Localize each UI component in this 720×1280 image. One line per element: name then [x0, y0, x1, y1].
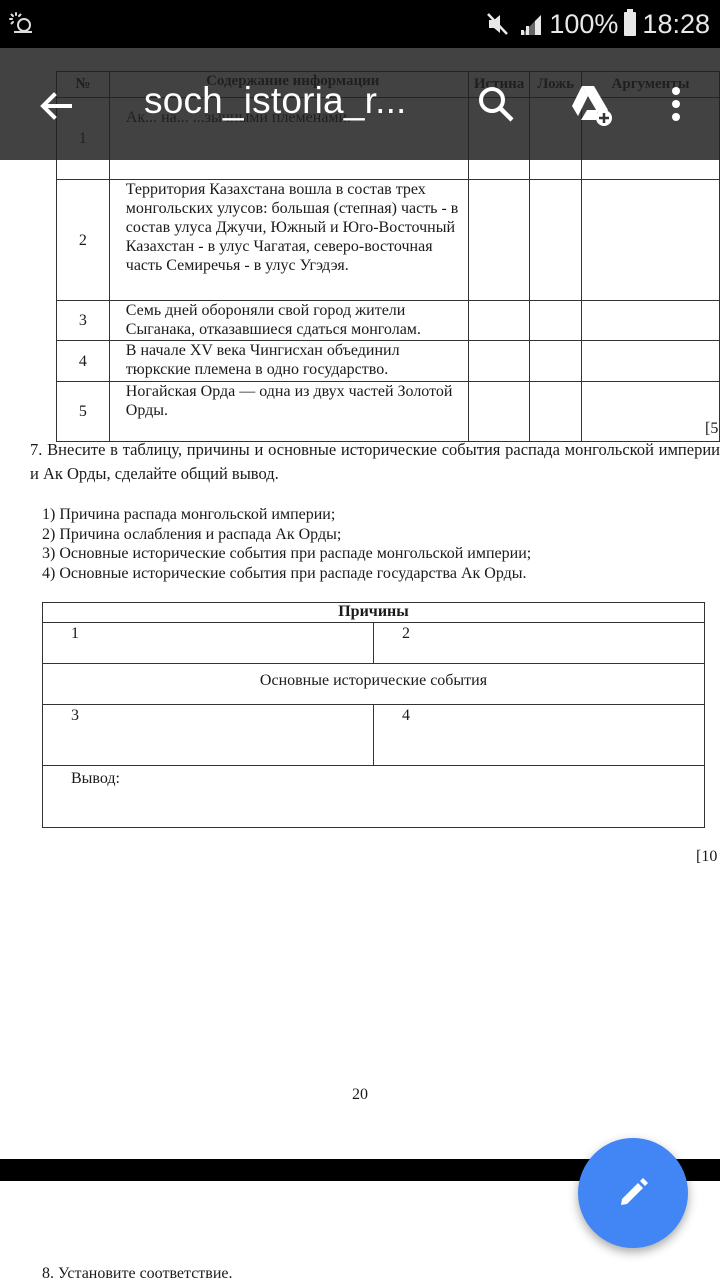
row-statement: Семь дней обороняли свой город жители Сы…	[109, 301, 468, 341]
cell-2: 2	[374, 623, 705, 664]
causes-header: Причины	[43, 603, 705, 623]
score-marker: [10	[696, 848, 717, 866]
arrow-back-icon[interactable]	[36, 86, 76, 126]
list-item: 3) Основные исторические события при рас…	[42, 544, 531, 564]
row-statement: В начале XV века Чингисхан объединил тюр…	[109, 341, 468, 382]
cell-4: 4	[374, 705, 705, 766]
table-row: 5 Ногайская Орда — одна из двух частей З…	[57, 382, 720, 442]
cell-false	[530, 341, 582, 382]
table-row: 4 В начале XV века Чингисхан объединил т…	[57, 341, 720, 382]
row-number: 5	[57, 382, 110, 442]
table-row: 2 Территория Казахстана вошла в состав т…	[57, 180, 720, 301]
score-marker: [5	[705, 420, 718, 438]
clock: 18:28	[642, 9, 710, 40]
cell-1: 1	[43, 623, 374, 664]
table-row: 3 Семь дней обороняли свой город жители …	[57, 301, 720, 341]
list-item: 4) Основные исторические события при рас…	[42, 564, 531, 584]
document-title: soch_istoria_r...	[144, 80, 407, 122]
cell-arguments	[581, 341, 719, 382]
cell-false	[530, 382, 582, 442]
row-statement: Ногайская Орда — одна из двух частей Зол…	[109, 382, 468, 442]
causes-events-table: Причины 1 2 Основные исторические событи…	[42, 602, 705, 828]
drive-add-icon[interactable]	[568, 82, 616, 126]
row-number: 3	[57, 301, 110, 341]
cell-arguments	[581, 382, 719, 442]
cell-false	[530, 180, 582, 301]
more-vert-icon[interactable]	[664, 84, 688, 124]
row-number: 2	[57, 180, 110, 301]
question-8-text: 8. Установите соответствие.	[42, 1265, 233, 1280]
status-bar: 100% 18:28	[0, 0, 720, 48]
cell-arguments	[581, 180, 719, 301]
row-statement: Территория Казахстана вошла в состав тре…	[109, 180, 468, 301]
partly-cloudy-night-icon	[8, 10, 36, 38]
cell-true	[468, 301, 530, 341]
search-icon[interactable]	[476, 84, 516, 124]
cell-true	[468, 180, 530, 301]
events-header: Основные исторические события	[43, 664, 705, 705]
app-bar: soch_istoria_r...	[0, 48, 720, 160]
signal-icon	[517, 11, 543, 37]
question-7-list: 1) Причина распада монгольской империи; …	[42, 505, 531, 583]
cell-true	[468, 382, 530, 442]
edit-fab-button[interactable]	[578, 1138, 688, 1248]
row-number: 4	[57, 341, 110, 382]
document-viewer[interactable]: № Содержание информации Истина Ложь Аргу…	[0, 48, 720, 1280]
battery-full-icon	[624, 12, 636, 36]
cell-true	[468, 341, 530, 382]
cell-3: 3	[43, 705, 374, 766]
battery-percent: 100%	[549, 9, 618, 40]
cell-arguments	[581, 301, 719, 341]
conclusion-cell: Вывод:	[43, 766, 705, 828]
edit-pencil-icon	[613, 1173, 653, 1213]
list-item: 1) Причина распада монгольской империи;	[42, 505, 531, 525]
list-item: 2) Причина ослабления и распада Ак Орды;	[42, 525, 531, 545]
cell-false	[530, 301, 582, 341]
page-number: 20	[0, 1086, 720, 1104]
vibrate-mute-icon	[485, 11, 511, 37]
question-7-text: 7. Внесите в таблицу, причины и основные…	[30, 438, 720, 486]
